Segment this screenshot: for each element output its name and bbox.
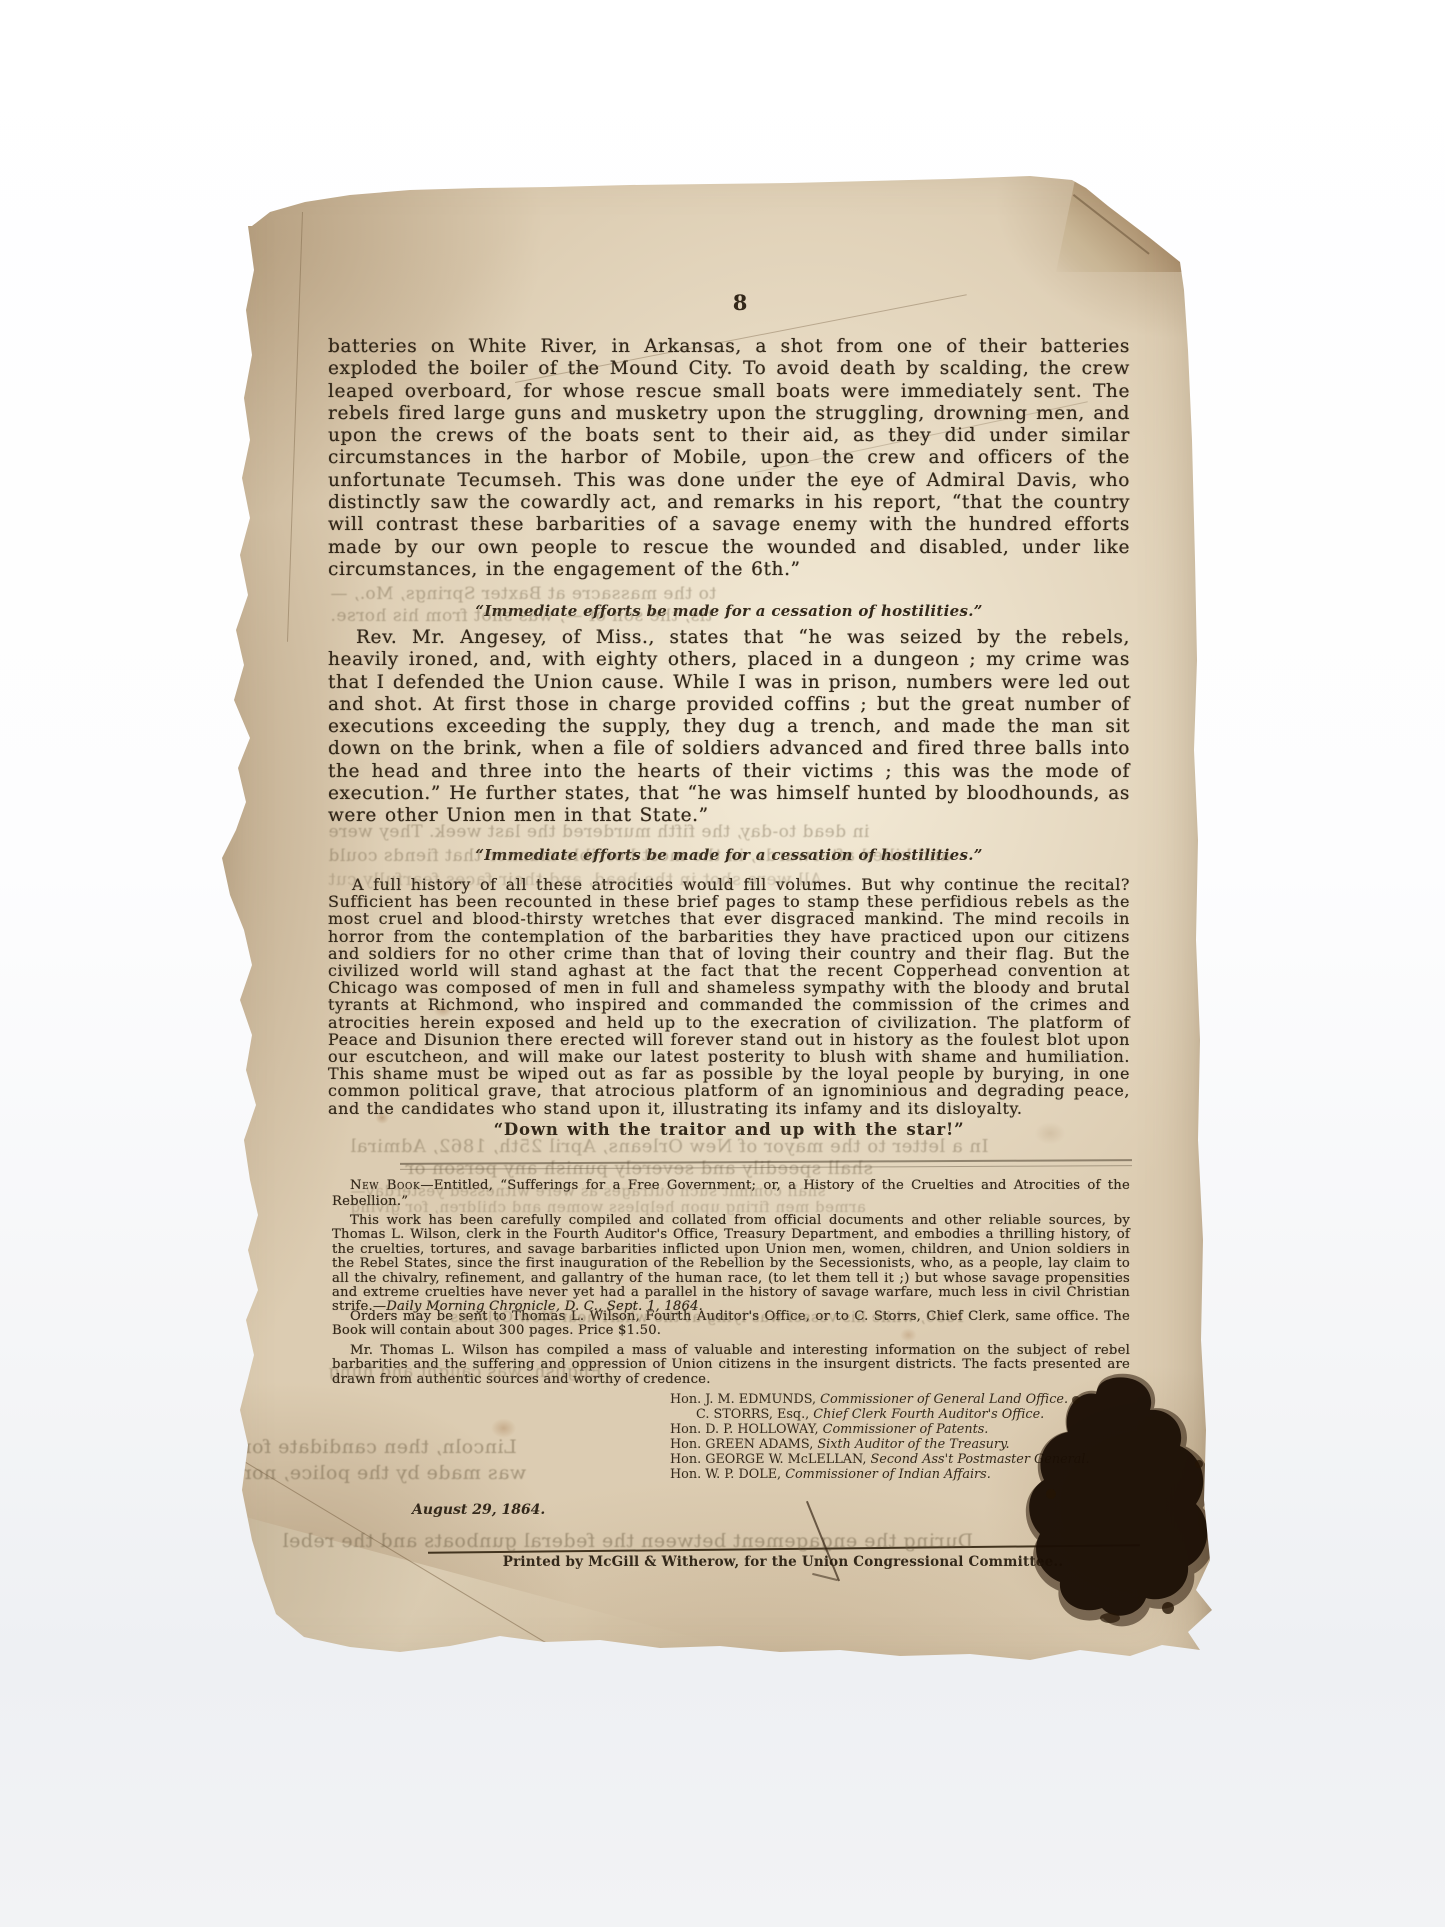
imprint-line: Printed by McGill & Witherow, for the Un… [483,1554,1083,1570]
show-through-text: 1850, while his vessel was lying at the … [450,1308,965,1326]
signatory-name: Hon. D. P. HOLLOWAY, [670,1422,819,1437]
show-through-text: and killed afterwards, in the most horri… [328,846,951,866]
signatory-name: Hon. W. P. DOLE, [670,1467,781,1482]
paragraph-full-history: A full history of all these atrocities w… [328,876,1130,1117]
ink-blot [1018,1372,1218,1622]
show-through-text: During the engagement between the federa… [282,1530,973,1552]
show-through-text: All were shot in the head, and their fac… [328,870,822,890]
show-through-text: to the massacre at Baxter Springs, Mo., … [330,584,716,604]
paragraph-angesey: Rev. Mr. Angesey, of Miss., states that … [328,627,1130,828]
signatory-name: C. STORRS, Esq., [696,1407,809,1422]
show-through-text: was made by the police, nor [242,1462,526,1484]
page-number: 8 [630,290,850,315]
photo-background: to the massacre at Baxter Springs, Mo., … [0,0,1445,1927]
signatory-name: Hon. GREEN ADAMS, [670,1437,813,1452]
signatory-title: Chief Clerk Fourth Auditor's Office. [813,1407,1044,1422]
paragraph-mound-city: batteries on White River, in Arkansas, a… [328,336,1130,581]
show-through-text: in dead to-day, the fifth murdered the l… [328,822,869,842]
show-through-text: armed men firing upon helpless women and… [350,1198,866,1216]
show-through-text: English, was caught and hung [328,1362,602,1382]
signatory-name: Hon. GEORGE W. McLELLAN, [670,1452,866,1467]
signatory-title: Sixth Auditor of the Treasury. [817,1437,1009,1452]
signatory-name: Hon. J. M. EDMUNDS, [670,1392,816,1407]
show-through-text: tis, the son of —, was shot from his hor… [330,606,713,626]
signatory-title: Commissioner of Indian Affairs. [785,1467,991,1482]
pamphlet-page: to the massacre at Baxter Springs, Mo., … [200,140,1212,1692]
show-through-text: Lincoln, then candidate for [242,1436,517,1458]
date-line: August 29, 1864. [412,1502,545,1518]
signatory-title: Commissioner of Patents. [823,1422,989,1437]
show-through-text: In a letter to the mayor of New Orleans,… [350,1136,989,1157]
work-description: This work has been carefully compiled an… [332,1214,1130,1315]
